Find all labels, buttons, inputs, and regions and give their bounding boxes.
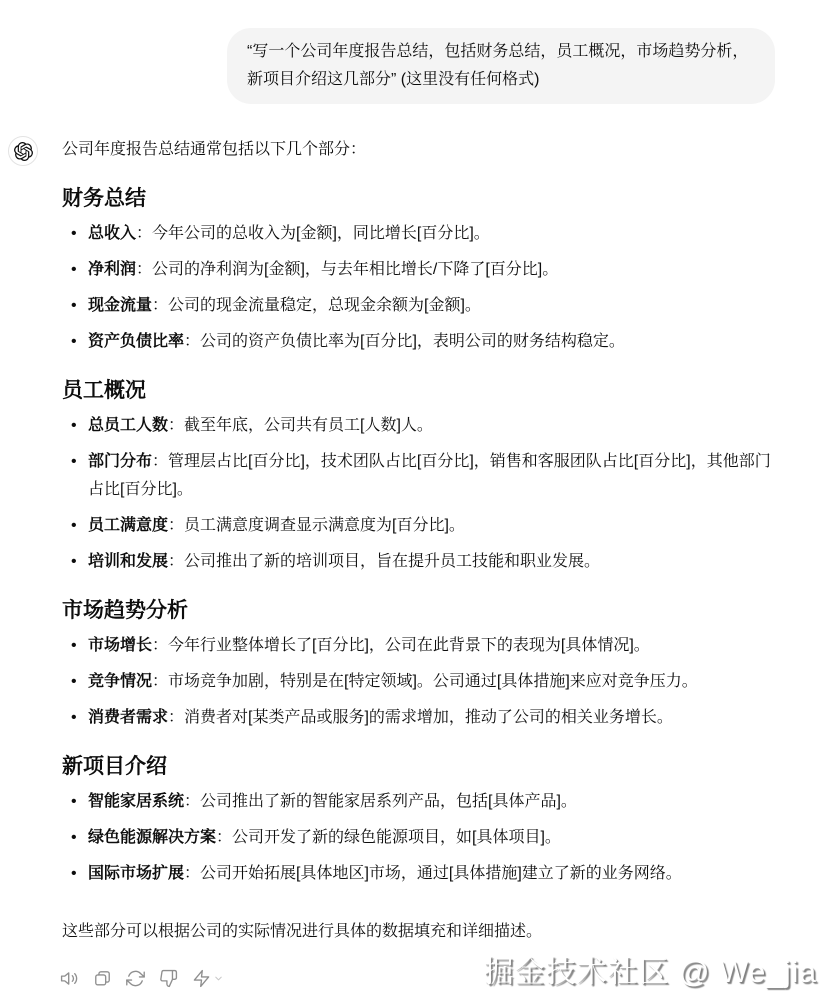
section-title: 市场趋势分析 [62,598,771,624]
copy-button[interactable] [90,966,115,991]
regenerate-button[interactable] [123,966,148,991]
list-item-label: 总收入 [88,225,136,242]
list-item: 竞争情况：市场竞争加剧，特别是在[特定领域]。公司通过[具体措施]来应对竞争压力… [88,668,771,696]
list-item-text: ：截至年底，公司共有员工[人数]人。 [168,417,433,434]
list-item-label: 净利润 [88,261,136,278]
list-item: 总员工人数：截至年底，公司共有员工[人数]人。 [88,412,771,440]
list-item: 市场增长：今年行业整体增长了[百分比]，公司在此背景下的表现为[具体情况]。 [88,632,771,660]
assistant-intro: 公司年度报告总结通常包括以下几个部分： [62,136,771,164]
chevron-down-icon [213,973,224,984]
speaker-icon [60,969,79,988]
list-item: 净利润：公司的净利润为[金额]，与去年相比增长/下降了[百分比]。 [88,256,771,284]
list-item: 智能家居系统：公司推出了新的智能家居系列产品，包括[具体产品]。 [88,788,771,816]
list-item: 资产负债比率：公司的资产负债比率为[百分比]，表明公司的财务结构稳定。 [88,328,771,356]
chat-page: “写一个公司年度报告总结，包括财务总结，员工概况，市场趋势分析，新项目介绍这几部… [0,0,821,1005]
list-item-label: 总员工人数 [88,417,168,434]
list-item-label: 智能家居系统 [88,793,184,810]
section-title: 新项目介绍 [62,754,771,780]
assistant-message-row: 公司年度报告总结通常包括以下几个部分： 财务总结 总收入：今年公司的总收入为[金… [0,104,821,991]
list-item: 国际市场扩展：公司开始拓展[具体地区]市场，通过[具体措施]建立了新的业务网络。 [88,860,771,888]
chatgpt-avatar [8,136,38,166]
report-section: 财务总结 总收入：今年公司的总收入为[金额]，同比增长[百分比]。净利润：公司的… [62,186,771,356]
list-item-text: ：市场竞争加剧，特别是在[特定领域]。公司通过[具体措施]来应对竞争压力。 [152,673,698,690]
list-item-label: 竞争情况 [88,673,152,690]
list-item-text: ：今年行业整体增长了[百分比]，公司在此背景下的表现为[具体情况]。 [152,637,650,654]
list-item: 现金流量：公司的现金流量稳定，总现金余额为[金额]。 [88,292,771,320]
list-item-label: 部门分布 [88,453,152,470]
message-actions [57,966,771,991]
list-item-text: ：公司开始拓展[具体地区]市场，通过[具体措施]建立了新的业务网络。 [184,865,682,882]
section-list: 市场增长：今年行业整体增长了[百分比]，公司在此背景下的表现为[具体情况]。竞争… [62,632,771,732]
list-item-text: ：公司的资产负债比率为[百分比]，表明公司的财务结构稳定。 [184,333,625,350]
list-item-text: ：管理层占比[百分比]，技术团队占比[百分比]，销售和客服团队占比[百分比]，其… [88,453,771,498]
section-list: 智能家居系统：公司推出了新的智能家居系列产品，包括[具体产品]。绿色能源解决方案… [62,788,771,888]
regenerate-icon [126,969,145,988]
list-item-text: ：公司推出了新的智能家居系列产品，包括[具体产品]。 [184,793,577,810]
assistant-closing: 这些部分可以根据公司的实际情况进行具体的数据填充和详细描述。 [62,918,771,946]
list-item: 总收入：今年公司的总收入为[金额]，同比增长[百分比]。 [88,220,771,248]
section-title: 财务总结 [62,186,771,212]
list-item-label: 培训和发展 [88,553,168,570]
user-message-text: “写一个公司年度报告总结，包括财务总结，员工概况，市场趋势分析，新项目介绍这几部… [247,43,748,88]
list-item-label: 现金流量 [88,297,152,314]
section-list: 总收入：今年公司的总收入为[金额]，同比增长[百分比]。净利润：公司的净利润为[… [62,220,771,356]
thumbs-down-icon [159,969,178,988]
report-sections: 财务总结 总收入：今年公司的总收入为[金额]，同比增长[百分比]。净利润：公司的… [62,186,771,888]
list-item-text: ：公司开发了新的绿色能源项目，如[具体项目]。 [216,829,561,846]
model-switch-button[interactable] [189,966,227,991]
list-item-label: 绿色能源解决方案 [88,829,216,846]
list-item-label: 消费者需求 [88,709,168,726]
list-item-text: ：公司推出了新的培训项目，旨在提升员工技能和职业发展。 [168,553,600,570]
list-item: 部门分布：管理层占比[百分比]，技术团队占比[百分比]，销售和客服团队占比[百分… [88,448,771,504]
section-title: 员工概况 [62,378,771,404]
openai-logo-icon [14,142,33,161]
read-aloud-button[interactable] [57,966,82,991]
section-list: 总员工人数：截至年底，公司共有员工[人数]人。部门分布：管理层占比[百分比]，技… [62,412,771,576]
list-item-text: ：公司的净利润为[金额]，与去年相比增长/下降了[百分比]。 [136,261,558,278]
assistant-message: 公司年度报告总结通常包括以下几个部分： 财务总结 总收入：今年公司的总收入为[金… [62,136,771,991]
report-section: 员工概况 总员工人数：截至年底，公司共有员工[人数]人。部门分布：管理层占比[百… [62,378,771,576]
user-message-bubble: “写一个公司年度报告总结，包括财务总结，员工概况，市场趋势分析，新项目介绍这几部… [227,28,775,104]
list-item: 绿色能源解决方案：公司开发了新的绿色能源项目，如[具体项目]。 [88,824,771,852]
list-item-label: 国际市场扩展 [88,865,184,882]
list-item-label: 资产负债比率 [88,333,184,350]
list-item-text: ：消费者对[某类产品或服务]的需求增加，推动了公司的相关业务增长。 [168,709,673,726]
list-item: 培训和发展：公司推出了新的培训项目，旨在提升员工技能和职业发展。 [88,548,771,576]
user-message-row: “写一个公司年度报告总结，包括财务总结，员工概况，市场趋势分析，新项目介绍这几部… [0,0,821,104]
list-item-text: ：员工满意度调查显示满意度为[百分比]。 [168,517,465,534]
list-item: 员工满意度：员工满意度调查显示满意度为[百分比]。 [88,512,771,540]
list-item-text: ：今年公司的总收入为[金额]，同比增长[百分比]。 [136,225,490,242]
list-item-text: ：公司的现金流量稳定，总现金余额为[金额]。 [152,297,481,314]
lightning-icon [192,969,211,988]
list-item: 消费者需求：消费者对[某类产品或服务]的需求增加，推动了公司的相关业务增长。 [88,704,771,732]
report-section: 新项目介绍 智能家居系统：公司推出了新的智能家居系列产品，包括[具体产品]。绿色… [62,754,771,888]
list-item-label: 市场增长 [88,637,152,654]
list-item-label: 员工满意度 [88,517,168,534]
copy-icon [93,969,112,988]
report-section: 市场趋势分析 市场增长：今年行业整体增长了[百分比]，公司在此背景下的表现为[具… [62,598,771,732]
thumbs-down-button[interactable] [156,966,181,991]
